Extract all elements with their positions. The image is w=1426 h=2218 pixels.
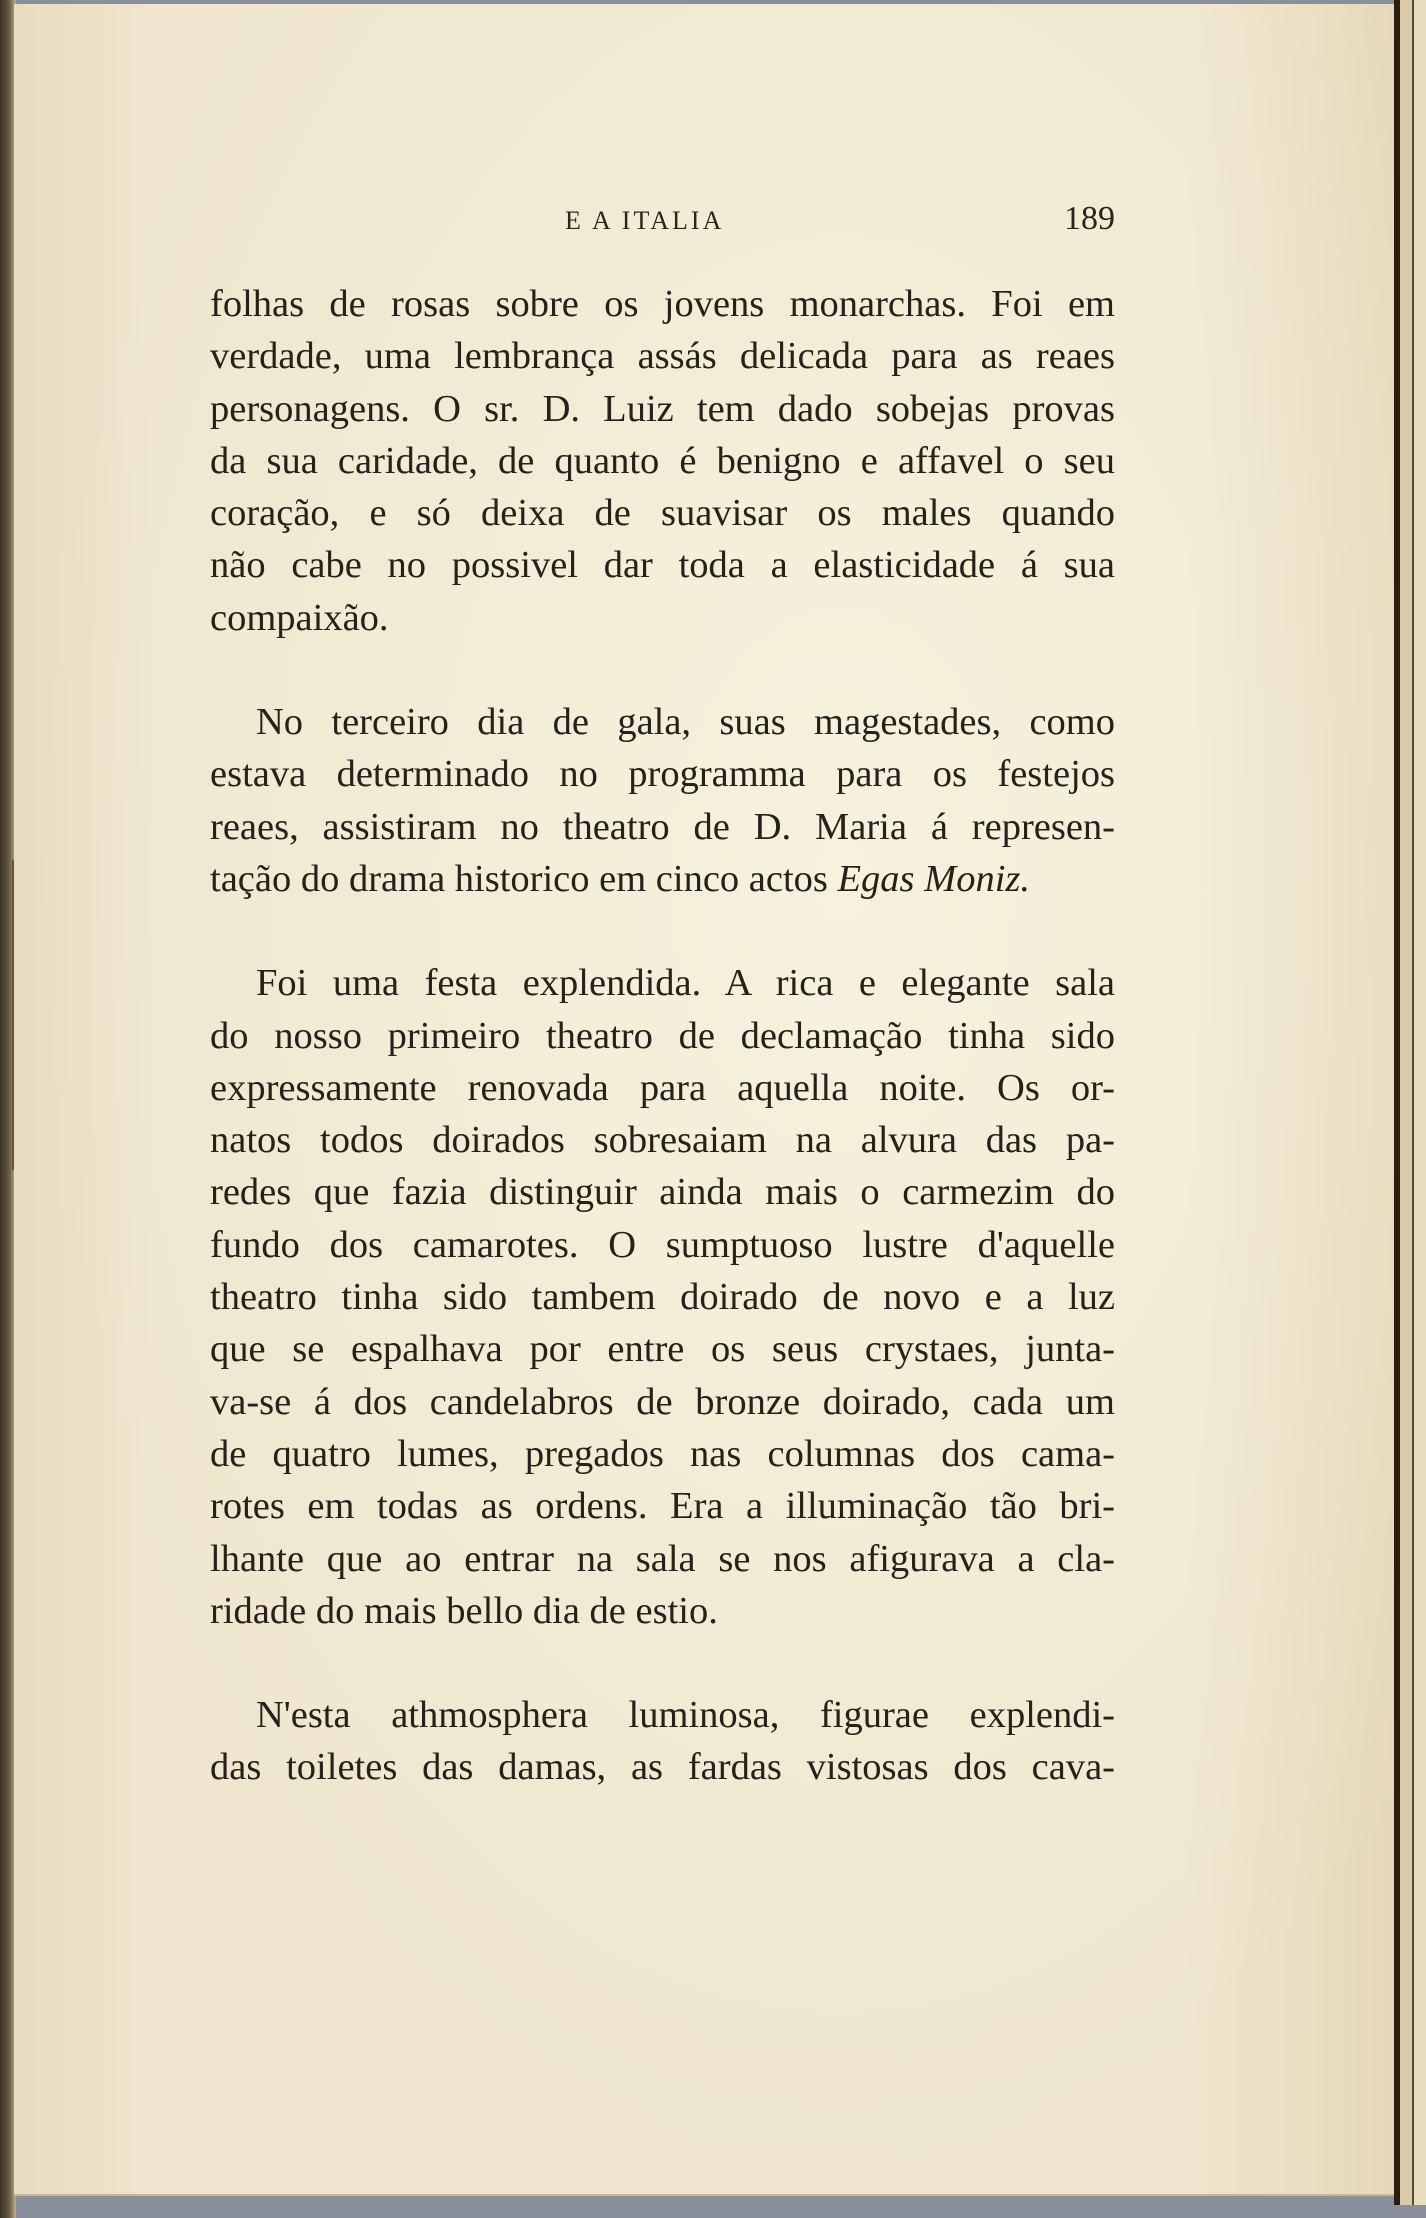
text-line: ridade do mais bello dia de estio. xyxy=(210,1585,1115,1637)
running-head: E A ITALIA 189 xyxy=(210,200,1115,240)
text-line: lhante que ao entrar na sala se nos afig… xyxy=(210,1533,1115,1585)
text-line: estava determinado no programma para os … xyxy=(210,748,1115,800)
text-line: redes que fazia distinguir ainda mais o … xyxy=(210,1166,1115,1218)
text-line: do nosso primeiro theatro de declamação … xyxy=(210,1010,1115,1062)
italic-title: Egas Moniz. xyxy=(838,858,1031,900)
text-line: coração, e só deixa de suavisar os males… xyxy=(210,487,1115,539)
body-text: folhas de rosas sobre os jovens monarcha… xyxy=(210,278,1115,1794)
text-line: rotes em todas as ordens. Era a illumina… xyxy=(210,1480,1115,1532)
text-line: N'esta athmosphera luminosa, figurae exp… xyxy=(210,1689,1115,1741)
text-line: tação do drama historico em cinco actos … xyxy=(210,853,1115,905)
paragraph-gap xyxy=(210,1637,1115,1689)
text-line: que se espalhava por entre os seus cryst… xyxy=(210,1323,1115,1375)
text-line: natos todos doirados sobresaiam na alvur… xyxy=(210,1114,1115,1166)
page-number: 189 xyxy=(1064,200,1115,238)
text-line: da sua caridade, de quanto é benigno e a… xyxy=(210,435,1115,487)
paragraph-1: folhas de rosas sobre os jovens monarcha… xyxy=(210,278,1115,644)
text-line: Foi uma festa explendida. A rica e elega… xyxy=(210,957,1115,1009)
text-line: folhas de rosas sobre os jovens monarcha… xyxy=(210,278,1115,330)
text-line: No terceiro dia de gala, suas magestades… xyxy=(210,696,1115,748)
text-line: theatro tinha sido tambem doirado de nov… xyxy=(210,1271,1115,1323)
text-line: verdade, uma lembrança assás delicada pa… xyxy=(210,330,1115,382)
binding-thread xyxy=(12,860,14,1170)
text-line: fundo dos camarotes. O sumptuoso lustre … xyxy=(210,1219,1115,1271)
paragraph-2: No terceiro dia de gala, suas magestades… xyxy=(210,696,1115,905)
text-line: reaes, assistiram no theatro de D. Maria… xyxy=(210,801,1115,853)
text-line: expressamente renovada para aquella noit… xyxy=(210,1062,1115,1114)
text-line: das toiletes das damas, as fardas vistos… xyxy=(210,1741,1115,1793)
text-line: compaixão. xyxy=(210,592,1115,644)
text-line: personagens. O sr. D. Luiz tem dado sobe… xyxy=(210,383,1115,435)
paragraph-4: N'esta athmosphera luminosa, figurae exp… xyxy=(210,1689,1115,1794)
page-fore-edge xyxy=(1394,0,1426,2205)
text-line: de quatro lumes, pregados nas columnas d… xyxy=(210,1428,1115,1480)
paragraph-gap xyxy=(210,644,1115,696)
text-line: não cabe no possivel dar toda a elastici… xyxy=(210,539,1115,591)
paragraph-3: Foi uma festa explendida. A rica e elega… xyxy=(210,957,1115,1637)
text-line-part: tação do drama historico em cinco actos xyxy=(210,858,838,900)
running-head-title: E A ITALIA xyxy=(565,206,724,236)
text-line: va-se á dos candelabros de bronze doirad… xyxy=(210,1376,1115,1428)
paragraph-gap xyxy=(210,905,1115,957)
